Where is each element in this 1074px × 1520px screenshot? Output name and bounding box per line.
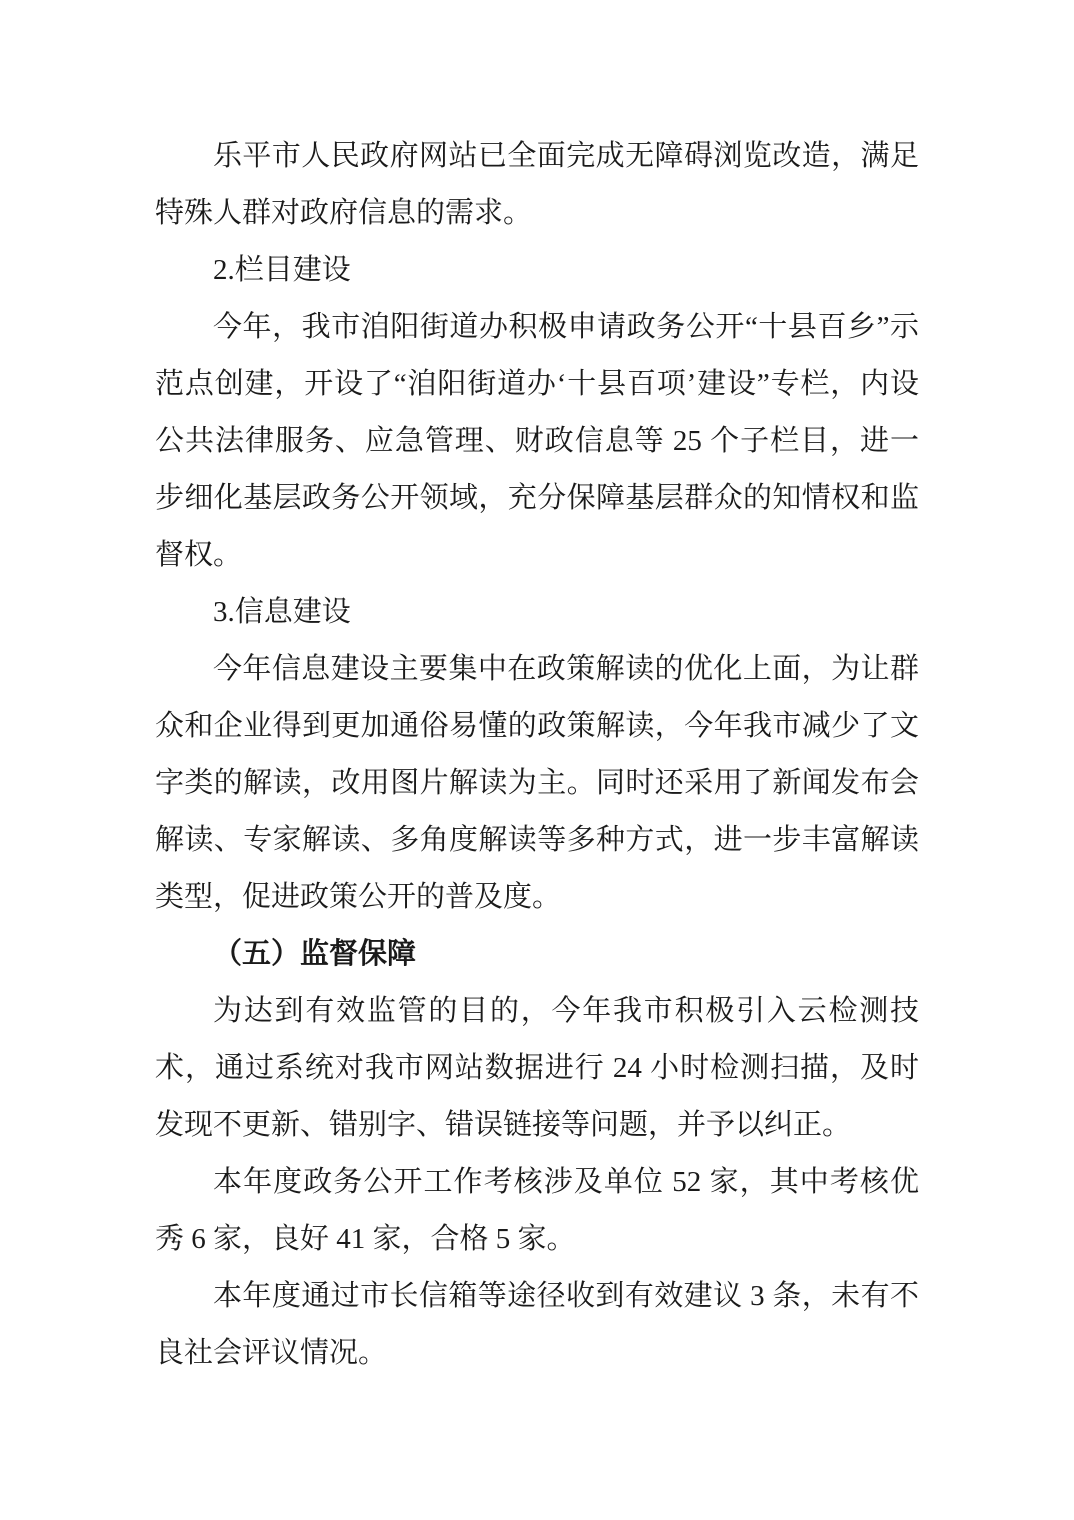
heading-column-construction: 2.栏目建设	[155, 242, 919, 299]
heading-information-construction: 3.信息建设	[155, 584, 919, 641]
paragraph-column-construction: 今年，我市洎阳街道办积极申请政务公开“十县百乡”示范点创建，开设了“洎阳街道办‘…	[155, 299, 919, 584]
paragraph-assessment-results: 本年度政务公开工作考核涉及单位 52 家，其中考核优秀 6 家，良好 41 家，…	[155, 1154, 919, 1268]
document-page: 乐平市人民政府网站已全面完成无障碍浏览改造，满足特殊人群对政府信息的需求。 2.…	[0, 0, 1074, 1520]
paragraph-information-construction: 今年信息建设主要集中在政策解读的优化上面，为让群众和企业得到更加通俗易懂的政策解…	[155, 641, 919, 926]
paragraph-mayor-mailbox-suggestions: 本年度通过市长信箱等途径收到有效建议 3 条，未有不良社会评议情况。	[155, 1268, 919, 1382]
heading-supervision-guarantee: （五）监督保障	[155, 926, 919, 983]
paragraph-cloud-monitoring: 为达到有效监管的目的，今年我市积极引入云检测技术，通过系统对我市网站数据进行 2…	[155, 983, 919, 1154]
paragraph-accessibility-renovation: 乐平市人民政府网站已全面完成无障碍浏览改造，满足特殊人群对政府信息的需求。	[155, 128, 919, 242]
